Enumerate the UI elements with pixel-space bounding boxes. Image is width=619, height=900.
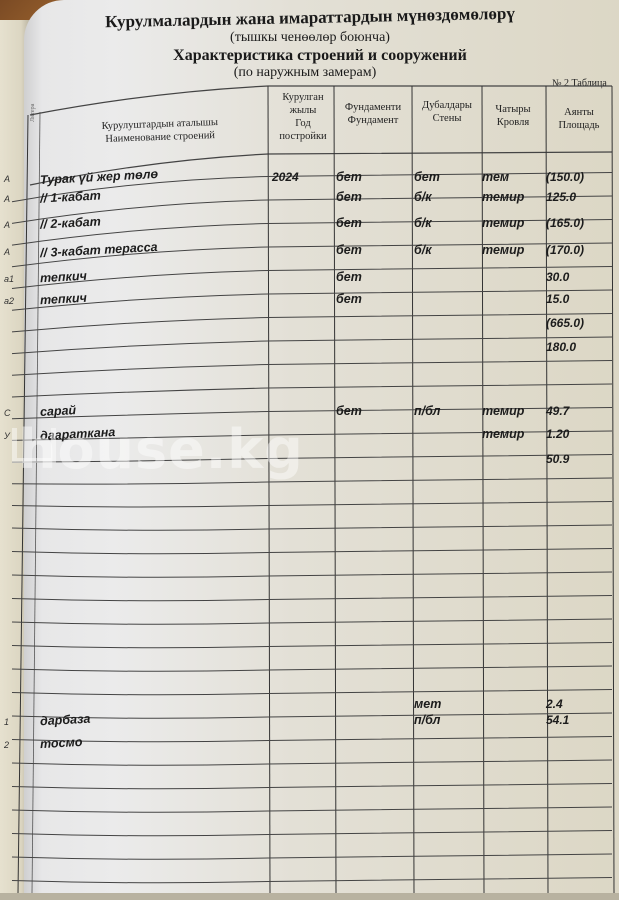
watermark: house.kg [18,418,304,481]
column-header-year-ky: Курулган жылы [278,91,328,117]
column-header-walls: Дубалдары Стены [412,99,482,125]
cell-area: 50.9 [546,452,569,466]
cell-foundation: бет [336,292,362,306]
litera-column-header: Литера [30,104,36,122]
cell-roof: темир [482,427,524,441]
row-litera: А [4,220,10,230]
cell-area: 54.1 [546,713,569,727]
cell-roof: темир [482,404,524,418]
row-litera: А [4,247,10,257]
cell-foundation: бет [336,216,362,230]
cell-foundation: бет [336,243,362,257]
cell-name: дарбаза [40,712,91,729]
cell-area: (665.0) [546,316,584,330]
cell-walls: б/к [414,243,432,257]
column-header-area: Аянты Площадь [546,106,612,132]
cell-roof: темир [482,243,524,257]
cell-year: 2024 [272,170,299,184]
column-header-walls-ru: Стены [412,112,482,125]
row-litera: У [4,431,10,441]
cell-roof: темир [482,216,524,230]
cell-walls: мет [414,697,441,711]
cell-foundation: бет [336,190,362,204]
cell-name: тепкич [40,291,87,307]
row-litera: С [4,408,11,418]
cell-name: сарай [40,403,77,419]
cell-foundation: бет [336,170,362,184]
cell-area: 2.4 [546,697,563,711]
column-header-area-ky: Аянты [546,106,612,119]
cell-area: 125.0 [546,190,576,204]
cell-area: (150.0) [546,170,584,184]
column-header-roof-ky: Чатыры [482,103,544,116]
column-header-roof: Чатыры Кровля [482,103,544,129]
cell-area: 1.20 [546,427,569,441]
column-header-roof-ru: Кровля [482,116,544,129]
cell-walls: б/к [414,190,432,204]
cell-walls: п/бл [414,713,440,727]
column-header-foundation: Фундаменти Фундамент [334,101,412,127]
column-header-area-ru: Площадь [546,119,612,132]
cell-foundation: бет [336,270,362,284]
cell-name: тепкич [40,269,87,285]
cell-area: (165.0) [546,216,584,230]
column-header-foundation-ru: Фундамент [334,114,412,127]
row-litera: 2 [4,740,9,750]
cell-walls: п/бл [414,404,440,418]
cell-name: тосмо [40,735,83,751]
cell-area: 49.7 [546,404,569,418]
row-litera: А [4,174,10,184]
row-litera: а1 [4,274,14,284]
cell-walls: бет [414,170,440,184]
cell-area: 30.0 [546,270,569,284]
cell-area: (170.0) [546,243,584,257]
column-header-year-ru: Год постройки [275,117,331,143]
cell-area: 180.0 [546,340,576,354]
row-litera: а2 [4,296,14,306]
cell-roof: тем [482,170,509,184]
page-bottom-edge [0,893,619,900]
cell-roof: темир [482,190,524,204]
column-header-foundation-ky: Фундаменти [334,101,412,114]
row-litera: А [4,194,10,204]
row-litera: 1 [4,717,9,727]
column-header-year: Курулган жылы Год постройки [270,91,336,143]
column-header-walls-ky: Дубалдары [412,99,482,112]
cell-area: 15.0 [546,292,569,306]
cell-walls: б/к [414,216,432,230]
cell-foundation: бет [336,404,362,418]
